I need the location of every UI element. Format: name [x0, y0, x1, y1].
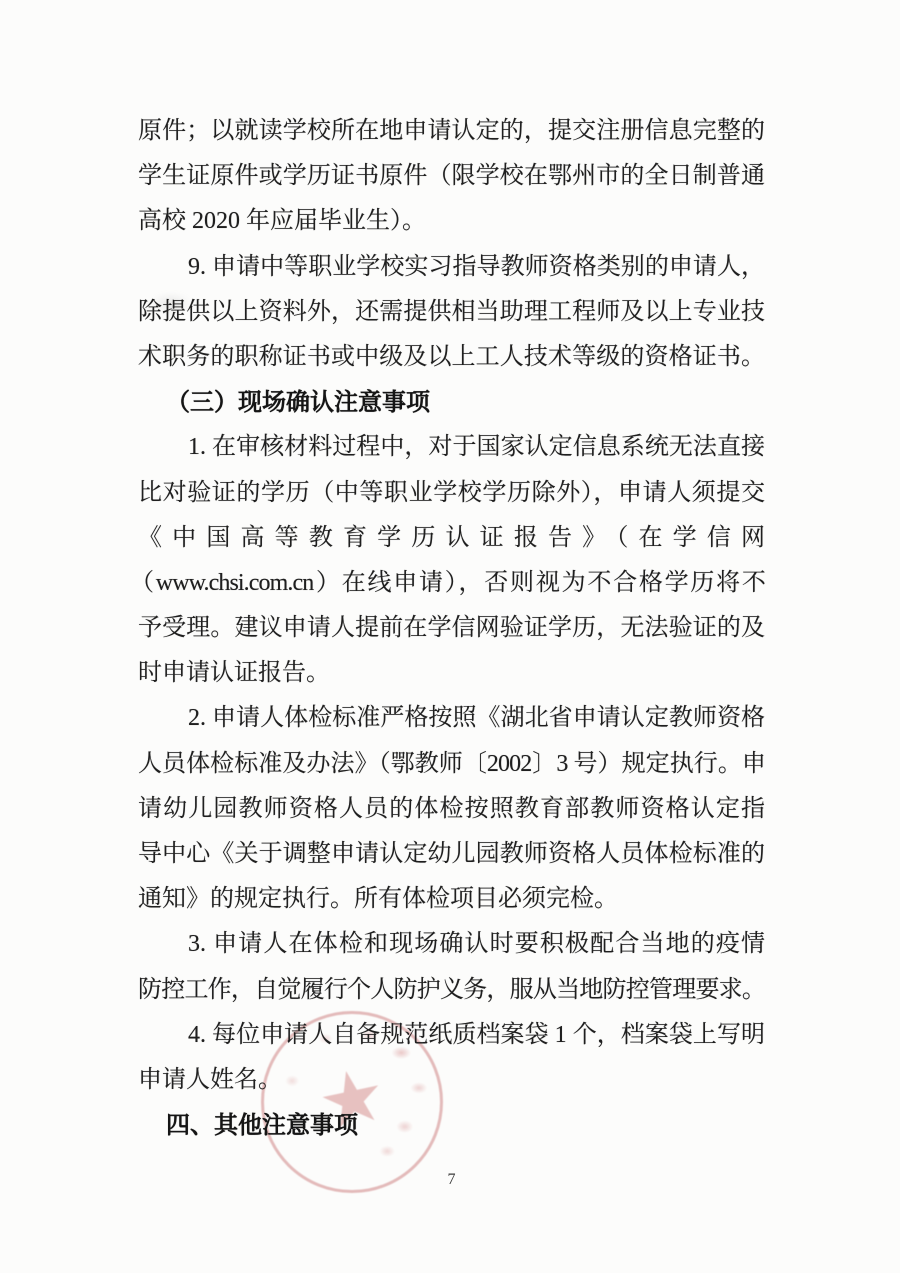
text-line: 《中国高等教育学历认证报告》（在学信网	[138, 516, 765, 561]
text-line: 4. 每位申请人自备规范纸质档案袋 1 个，档案袋上写明	[138, 1013, 765, 1058]
text-line: 导中心《关于调整申请认定幼儿园教师资格人员体检标准的	[138, 832, 765, 877]
section-heading-3: （三）现场确认注意事项	[138, 380, 765, 425]
text-line: 术职务的职称证书或中级及以上工人技术等级的资格证书。	[138, 335, 765, 380]
text-line: 防控工作，自觉履行个人防护义务，服从当地防控管理要求。	[138, 968, 765, 1013]
text-line: 通知》的规定执行。所有体检项目必须完检。	[138, 877, 765, 922]
text-line: 学生证原件或学历证书原件（限学校在鄂州市的全日制普通	[138, 154, 765, 199]
text-line: 人员体检标准及办法》（鄂教师〔2002〕3 号）规定执行。申	[138, 742, 765, 787]
text-line: 比对验证的学历（中等职业学校学历除外），申请人须提交	[138, 471, 765, 516]
text-line: 除提供以上资料外，还需提供相当助理工程师及以上专业技	[138, 290, 765, 335]
page-number: 7	[138, 1171, 765, 1189]
text-line: 3. 申请人在体检和现场确认时要积极配合当地的疫情	[138, 922, 765, 967]
text-line: 予受理。建议申请人提前在学信网验证学历，无法验证的及	[138, 606, 765, 651]
text-line: 请幼儿园教师资格人员的体检按照教育部教师资格认定指	[138, 787, 765, 832]
text-line: 原件；以就读学校所在地申请认定的，提交注册信息完整的	[138, 109, 765, 154]
text-line: 9. 申请中等职业学校实习指导教师资格类别的申请人，	[138, 245, 765, 290]
document-page: ★ 原件；以就读学校所在地申请认定的，提交注册信息完整的 学生证原件或学历证书原…	[0, 0, 900, 1273]
text-line: 时申请认证报告。	[138, 651, 765, 696]
document-body: 原件；以就读学校所在地申请认定的，提交注册信息完整的 学生证原件或学历证书原件（…	[0, 0, 900, 1189]
text-line: 1. 在审核材料过程中，对于国家认定信息系统无法直接	[138, 425, 765, 470]
text-line: 高校 2020 年应届毕业生）。	[138, 199, 765, 244]
text-line: 申请人姓名。	[138, 1058, 765, 1103]
text-line: 2. 申请人体检标准严格按照《湖北省申请认定教师资格	[138, 696, 765, 741]
section-heading-4: 四、其他注意事项	[138, 1103, 765, 1148]
text-line: （www.chsi.com.cn）在线申请），否则视为不合格学历将不	[130, 561, 765, 606]
